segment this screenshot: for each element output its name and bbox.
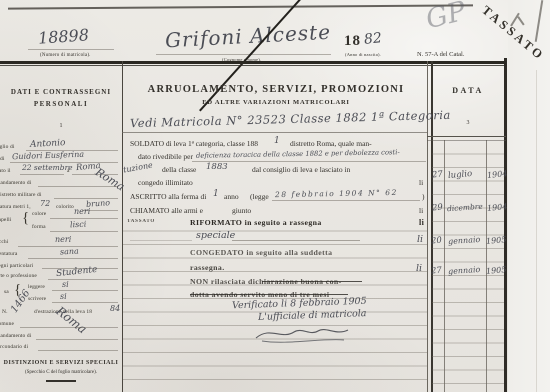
statura-value: 72 — [40, 199, 50, 208]
matricola-number: 18898 — [37, 25, 89, 48]
ascritto-a: ASCRITTO alla ferma di — [130, 192, 206, 201]
chiamato-b: giunto — [232, 206, 251, 215]
tassato-small-stamp: TASSATO — [127, 219, 155, 224]
riformato-stamp: RIFORMATO in seguito a rassegna — [190, 218, 322, 227]
catalog-number: N. 57-A del Catal. — [417, 51, 464, 58]
mandamento1-label: mandamento di — [0, 180, 31, 186]
birth-year-printed: 18 — [344, 33, 361, 50]
ascritto-b: anno — [224, 192, 239, 201]
ascritto-anni-hw: 1 — [213, 189, 219, 199]
birth-year-handwritten: 82 — [363, 30, 382, 48]
page-edge — [504, 58, 507, 392]
left-column-number: 1 — [0, 123, 122, 129]
scanned-military-record: 18898 (Numero di matricola). Grifoni Alc… — [0, 0, 550, 392]
ascritto-c: (legge — [250, 192, 269, 201]
colore-label: colore — [32, 211, 46, 217]
mandamento2-label: mandamento di — [0, 333, 31, 339]
soldato-line3b: dal consiglio di leva e lasciato in — [252, 165, 350, 174]
scan-edge-line — [536, 70, 537, 392]
distinzioni-title: DISTINZIONI E SERVIZI SPECIALI — [0, 360, 122, 366]
date-2-day: 29 — [432, 203, 444, 214]
nato-giorno: 22 settembre — [22, 163, 73, 172]
congedato-stamp-1: CONGEDATO in seguito alla suddetta — [190, 248, 332, 257]
dentatura-value: sana — [60, 247, 79, 257]
pen-initials-mark: GP — [423, 0, 469, 35]
nato-label: nato il — [0, 168, 11, 174]
distinzioni-subtitle: (Specchio C del foglio matricolare). — [0, 370, 122, 375]
data-column-header: DATA — [429, 86, 507, 95]
li-marker-4-hw: li — [417, 234, 423, 245]
arte-label: arte o professione — [0, 273, 37, 279]
data-column-number: 3 — [429, 120, 507, 126]
li-marker-2: li — [419, 206, 423, 215]
soldato-line1a: SOLDATO di leva 1ª categoria, classe 188 — [130, 139, 258, 148]
sa-label: sa — [4, 289, 9, 295]
left-column-title-2: PERSONALI — [0, 100, 122, 108]
circondario-label: circondario di — [0, 344, 28, 350]
edi-value: Guidori Eusferina — [12, 150, 84, 162]
occhi-label: occhi — [0, 239, 8, 245]
date-2-year: 1904 — [487, 202, 508, 213]
congedato-stamp-2: rassegna. — [190, 263, 225, 272]
forma-value: lisci — [70, 220, 87, 230]
chiamato-a: CHIAMATO alle armi e — [130, 206, 203, 215]
scrivere-label: scrivere — [28, 296, 46, 302]
capelli-label: capelli — [0, 217, 11, 223]
date-3-year: 1905 — [486, 235, 507, 246]
surname-name: Grifoni Alceste — [164, 20, 331, 53]
riformato-hw: speciale — [196, 230, 235, 241]
leggere-value: si — [62, 280, 69, 289]
ascritto-d: ) — [422, 192, 425, 201]
scrivere-value: si — [60, 292, 67, 301]
li-marker-3-stamp: li — [419, 218, 424, 227]
soldato-line2a: dato rivedibile per — [138, 152, 193, 161]
segni-label: segni particolari — [0, 263, 33, 269]
scan-artifact-line — [8, 4, 473, 9]
li-marker-1: li — [419, 178, 423, 187]
annotation-vedi-matricola: Vedi Matricola N° 23523 Classe 1882 1ª C… — [130, 108, 451, 130]
main-title: ARRUOLAMENTO, SERVIZI, PROMOZIONI — [122, 84, 430, 95]
soldato-line1-hw: 1 — [274, 136, 280, 146]
date-1-day: 27 — [432, 169, 444, 180]
estrazione-pre: N. — [2, 309, 8, 315]
soldato-line2-hw: deficienza toracica della classe 1882 e … — [196, 148, 400, 160]
figlio-label: figlio di — [0, 144, 14, 150]
soldato-margin-hw: tuzione — [122, 160, 153, 174]
soldato-line4: congedo illimitato — [138, 178, 193, 187]
comune-label: comune — [0, 321, 14, 327]
leggere-label: leggere — [28, 284, 45, 290]
official-signature — [252, 322, 352, 346]
arte-value: Studente — [56, 265, 98, 279]
left-column-title: DATI E CONTRASSEGNI — [0, 88, 122, 96]
capelli-brace: { — [22, 210, 29, 227]
distretto-label: Distretto militare di — [0, 192, 41, 198]
edi-label: e di — [0, 156, 5, 162]
date-4-day: 27 — [431, 266, 443, 277]
matricola-label: (Numero di matricola). — [40, 53, 91, 58]
soldato-line1b: distretto Roma, quale man- — [290, 139, 372, 148]
li-marker-5-hw: li — [416, 263, 422, 274]
dentatura-label: dentatura — [0, 251, 17, 257]
soldato-line3a: della classe — [162, 165, 196, 174]
forma-label: forma — [32, 224, 46, 230]
estrazione-anno: 84 — [110, 304, 120, 313]
ascritto-legge-hw: 28 febbraio 1904 N° 62 — [275, 188, 398, 199]
nato-a-label: a — [67, 168, 70, 174]
date-4-year: 1905 — [486, 265, 507, 276]
soldato-line3-hw: 1883 — [206, 162, 228, 172]
colorito-label: colorito — [56, 204, 74, 210]
date-3-day: 20 — [431, 236, 443, 247]
colore-value: neri — [74, 207, 90, 216]
occhi-value: neri — [55, 235, 71, 244]
date-1-month: luglio — [448, 169, 473, 181]
main-subtitle: ED ALTRE VARIAZIONI MATRICOLARI — [122, 99, 430, 106]
figlio-value: Antonio — [30, 138, 66, 150]
birth-year-label: (Anno di nascita). — [345, 52, 381, 57]
